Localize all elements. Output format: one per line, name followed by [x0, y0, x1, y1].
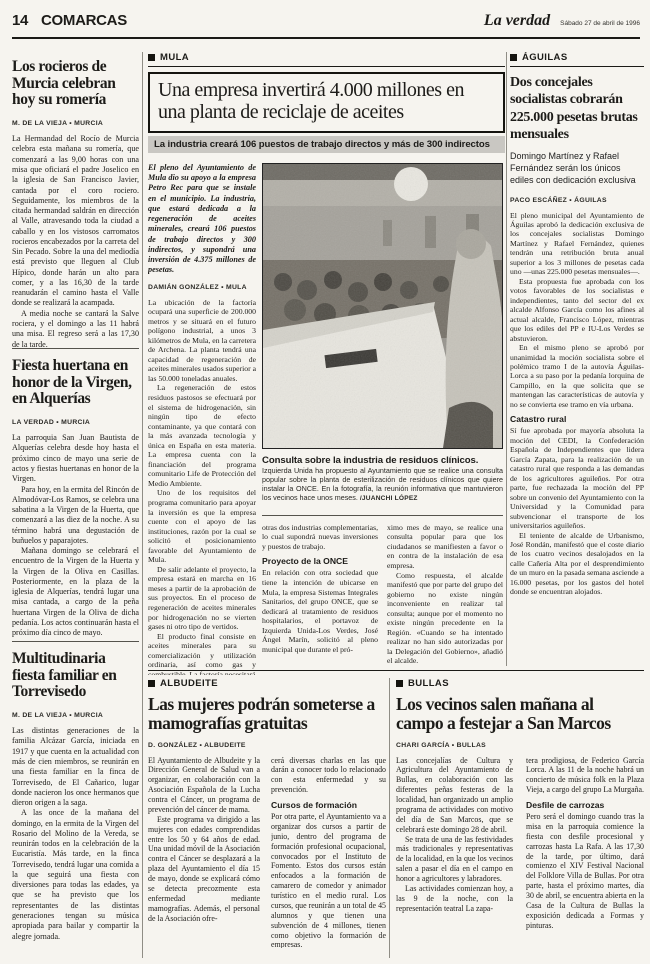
kicker-rule — [510, 66, 644, 67]
article-aguilas: ÁGUILAS Dos concejales socialistas cobra… — [510, 52, 644, 666]
paragraph: tera prodigiosa, de Federico García Lorc… — [526, 756, 644, 796]
meeting-photo-illustration — [263, 164, 502, 448]
article-body: cerá diversas charlas en las que darán a… — [271, 756, 386, 796]
section-kicker-albudeite: ALBUDEITE — [148, 678, 386, 689]
section-bullet-icon — [148, 680, 155, 687]
paragraph: La Hermandad del Rocío de Murcia celebra… — [12, 134, 139, 309]
paragraph: La regeneración de estos residuos pastos… — [148, 383, 256, 488]
article-body: La Hermandad del Rocío de Murcia celebra… — [12, 134, 139, 348]
paragraph: En el mismo pleno se aprobó por unanimid… — [510, 343, 644, 409]
paragraph: cerá diversas charlas en las que darán a… — [271, 756, 386, 796]
article-headline: Los rocieros de Murcia celebran hoy su r… — [12, 59, 139, 109]
inline-subhead: Cursos de formación — [271, 800, 386, 810]
column-divider — [506, 52, 507, 666]
article-headline: Las mujeres podrán someterse a mamografí… — [148, 695, 386, 734]
paragraph: Las distintas generaciones de la familia… — [12, 726, 139, 808]
section-kicker-aguilas: ÁGUILAS — [510, 52, 644, 63]
paragraph: El teniente de alcalde de Urbanismo, Jos… — [510, 531, 644, 597]
paragraph: Sí fue aprobada por mayoría absoluta la … — [510, 426, 644, 530]
paragraph: otras dos industrias complementarias, lo… — [262, 523, 378, 552]
article-byline: PACO ESCÁÑEZ • ÁGUILAS — [510, 197, 644, 204]
article-headline: Fiesta huertana en honor de la Virgen, e… — [12, 358, 139, 408]
article-headline: Multitudinaria fiesta familiar en Torrev… — [12, 651, 139, 701]
article-byline: M. DE LA VIEJA • MURCIA — [12, 712, 139, 719]
photo-credit: /JUANCHI LÓPEZ — [360, 495, 418, 502]
paragraph: Para hoy, en la ermita del Rincón de Alm… — [12, 485, 139, 547]
inline-subhead: Desfile de carrozas — [526, 800, 644, 810]
newspaper-masthead: La verdad — [484, 12, 550, 29]
paragraph: La parroquia San Juan Bautista de Alquer… — [12, 433, 139, 484]
caption-text: Izquierda Unida ha propuesto al Ayuntami… — [262, 467, 503, 503]
text-column-1: El pleno del Ayuntamiento de Mula dio su… — [148, 163, 256, 675]
paragraph: Uno de los requisitos del programa comun… — [148, 488, 256, 564]
paragraph: Las concejalías de Cultura y Agricultura… — [396, 756, 513, 835]
paragraph: El pleno municipal del Ayuntamiento de Á… — [510, 211, 644, 277]
paragraph: Como respuesta, el alcalde manifestó que… — [387, 571, 503, 666]
section-kicker-label: ALBUDEITE — [160, 678, 218, 689]
article-huertana: Fiesta huertana en honor de la Virgen, e… — [12, 349, 139, 641]
inline-subhead: Catastro rural — [510, 414, 644, 424]
page-number: 14 — [12, 12, 28, 29]
text-column-1: Las concejalías de Cultura y Agricultura… — [396, 756, 513, 948]
article-flow: El pleno del Ayuntamiento de Mula dio su… — [148, 163, 505, 675]
article-body: La ubicación de la factoría ocupará una … — [148, 298, 256, 675]
article-body: En relación con otra sociedad que tiene … — [262, 568, 378, 654]
paragraph: De salir adelante el proyecto, la empres… — [148, 565, 256, 632]
article-body: Las concejalías de Cultura y Agricultura… — [396, 756, 513, 914]
article-body: El pleno municipal del Ayuntamiento de Á… — [510, 211, 644, 410]
newspaper-page: 14 COMARCAS La verdad Sábado 27 de abril… — [0, 0, 650, 964]
section-kicker-bullas: BULLAS — [396, 678, 644, 689]
edition-date: Sábado 27 de abril de 1996 — [560, 20, 640, 27]
article-bullas: BULLAS Los vecinos salen mañana al campo… — [396, 678, 644, 948]
paragraph: A media noche se cantará la Salve rocier… — [12, 309, 139, 348]
text-column-2: otras dos industrias complementarias, lo… — [262, 523, 378, 675]
section-title: COMARCAS — [41, 12, 127, 29]
caption-rule — [262, 515, 503, 516]
paragraph: Por otra parte, el Ayuntamiento va a org… — [271, 812, 386, 948]
paragraph: Esta propuesta fue aprobada con los voto… — [510, 277, 644, 343]
section-bullet-icon — [510, 54, 517, 61]
article-body: El Ayuntamiento de Albudeite y la Direcc… — [148, 756, 260, 924]
section-kicker-label: MULA — [160, 52, 189, 63]
photo-caption: Consulta sobre la industria de residuos … — [262, 455, 503, 503]
article-byline: LA VERDAD • MURCIA — [12, 419, 139, 426]
paragraph: La ubicación de la factoría ocupará una … — [148, 298, 256, 384]
section-kicker-mula: MULA — [148, 52, 505, 63]
paragraph: Pero será el domingo cuando tras la misa… — [526, 812, 644, 931]
section-kicker-label: BULLAS — [408, 678, 449, 689]
page-header: 14 COMARCAS La verdad Sábado 27 de abril… — [12, 12, 640, 30]
article-body: tera prodigiosa, de Federico García Lorc… — [526, 756, 644, 796]
article-body: Pero será el domingo cuando tras la misa… — [526, 812, 644, 931]
paragraph: En relación con otra sociedad que tiene … — [262, 568, 378, 654]
main-headline: Una empresa invertirá 4.000 millones en … — [158, 79, 495, 124]
paragraph: A las once de la mañana del domingo, en … — [12, 808, 139, 941]
article-deck: Domingo Martínez y Rafael Fernández será… — [510, 151, 644, 186]
article-mula: MULA Una empresa invertirá 4.000 millone… — [148, 52, 505, 675]
inline-subhead: Proyecto de la ONCE — [262, 556, 378, 566]
article-body: Por otra parte, el Ayuntamiento va a org… — [271, 812, 386, 948]
subhead-strip: La industria creará 106 puestos de traba… — [148, 136, 505, 153]
paragraph: Se trata de una de las festividades más … — [396, 835, 513, 884]
caption-title: Consulta sobre la industria de residuos … — [262, 455, 503, 466]
text-column-3: ximo mes de mayo, se realice una consult… — [387, 523, 503, 675]
article-body: La parroquia San Juan Bautista de Alquer… — [12, 433, 139, 638]
article-headline: Dos concejales socialistas cobrarán 225.… — [510, 74, 644, 143]
paragraph: Las actividades comienzan hoy, a las 9 d… — [396, 884, 513, 914]
masthead-block: La verdad Sábado 27 de abril de 1996 — [484, 12, 640, 30]
paragraph: El Ayuntamiento de Albudeite y la Direcc… — [148, 756, 260, 815]
article-albudeite: ALBUDEITE Las mujeres podrán someterse a… — [148, 678, 386, 948]
paragraph: ximo mes de mayo, se realice una consult… — [387, 523, 503, 571]
headline-box: Una empresa invertirá 4.000 millones en … — [148, 72, 505, 133]
folio: 14 COMARCAS — [12, 12, 127, 29]
section-kicker-label: ÁGUILAS — [522, 52, 568, 63]
lead-paragraph: El pleno del Ayuntamiento de Mula dio su… — [148, 163, 256, 276]
text-column-2: tera prodigiosa, de Federico García Lorc… — [526, 756, 644, 948]
article-byline: M. DE LA VIEJA • MURCIA — [12, 120, 139, 127]
article-byline: DAMIÁN GONZÁLEZ • MULA — [148, 284, 256, 291]
article-rocieros: Los rocieros de Murcia celebran hoy su r… — [12, 50, 139, 348]
paragraph: El producto final consiste en aceites mi… — [148, 632, 256, 675]
article-byline: D. GONZÁLEZ • ALBUDEITE — [148, 742, 386, 749]
article-columns: Las concejalías de Cultura y Agricultura… — [396, 756, 644, 948]
article-familiar: Multitudinaria fiesta familiar en Torrev… — [12, 642, 139, 944]
left-column: Los rocieros de Murcia celebran hoy su r… — [12, 50, 139, 944]
header-rule — [12, 37, 640, 39]
kicker-rule — [148, 66, 505, 67]
text-column-2: cerá diversas charlas en las que darán a… — [271, 756, 386, 948]
article-body: Sí fue aprobada por mayoría absoluta la … — [510, 426, 644, 596]
article-byline: CHARI GARCÍA • BULLAS — [396, 742, 644, 749]
article-body: ximo mes de mayo, se realice una consult… — [387, 523, 503, 666]
article-body: Las distintas generaciones de la familia… — [12, 726, 139, 942]
text-column-1: El Ayuntamiento de Albudeite y la Direcc… — [148, 756, 260, 948]
paragraph: Este programa va dirigido a las mujeres … — [148, 815, 260, 924]
section-bullet-icon — [396, 680, 403, 687]
column-divider — [389, 678, 390, 958]
article-body: otras dos industrias complementarias, lo… — [262, 523, 378, 552]
meeting-photo — [262, 163, 503, 449]
paragraph: Mañana domingo se celebrará el encuentro… — [12, 546, 139, 638]
column-divider — [142, 52, 143, 958]
article-columns: El Ayuntamiento de Albudeite y la Direcc… — [148, 756, 386, 948]
article-headline: Los vecinos salen mañana al campo a fest… — [396, 695, 644, 734]
section-bullet-icon — [148, 54, 155, 61]
